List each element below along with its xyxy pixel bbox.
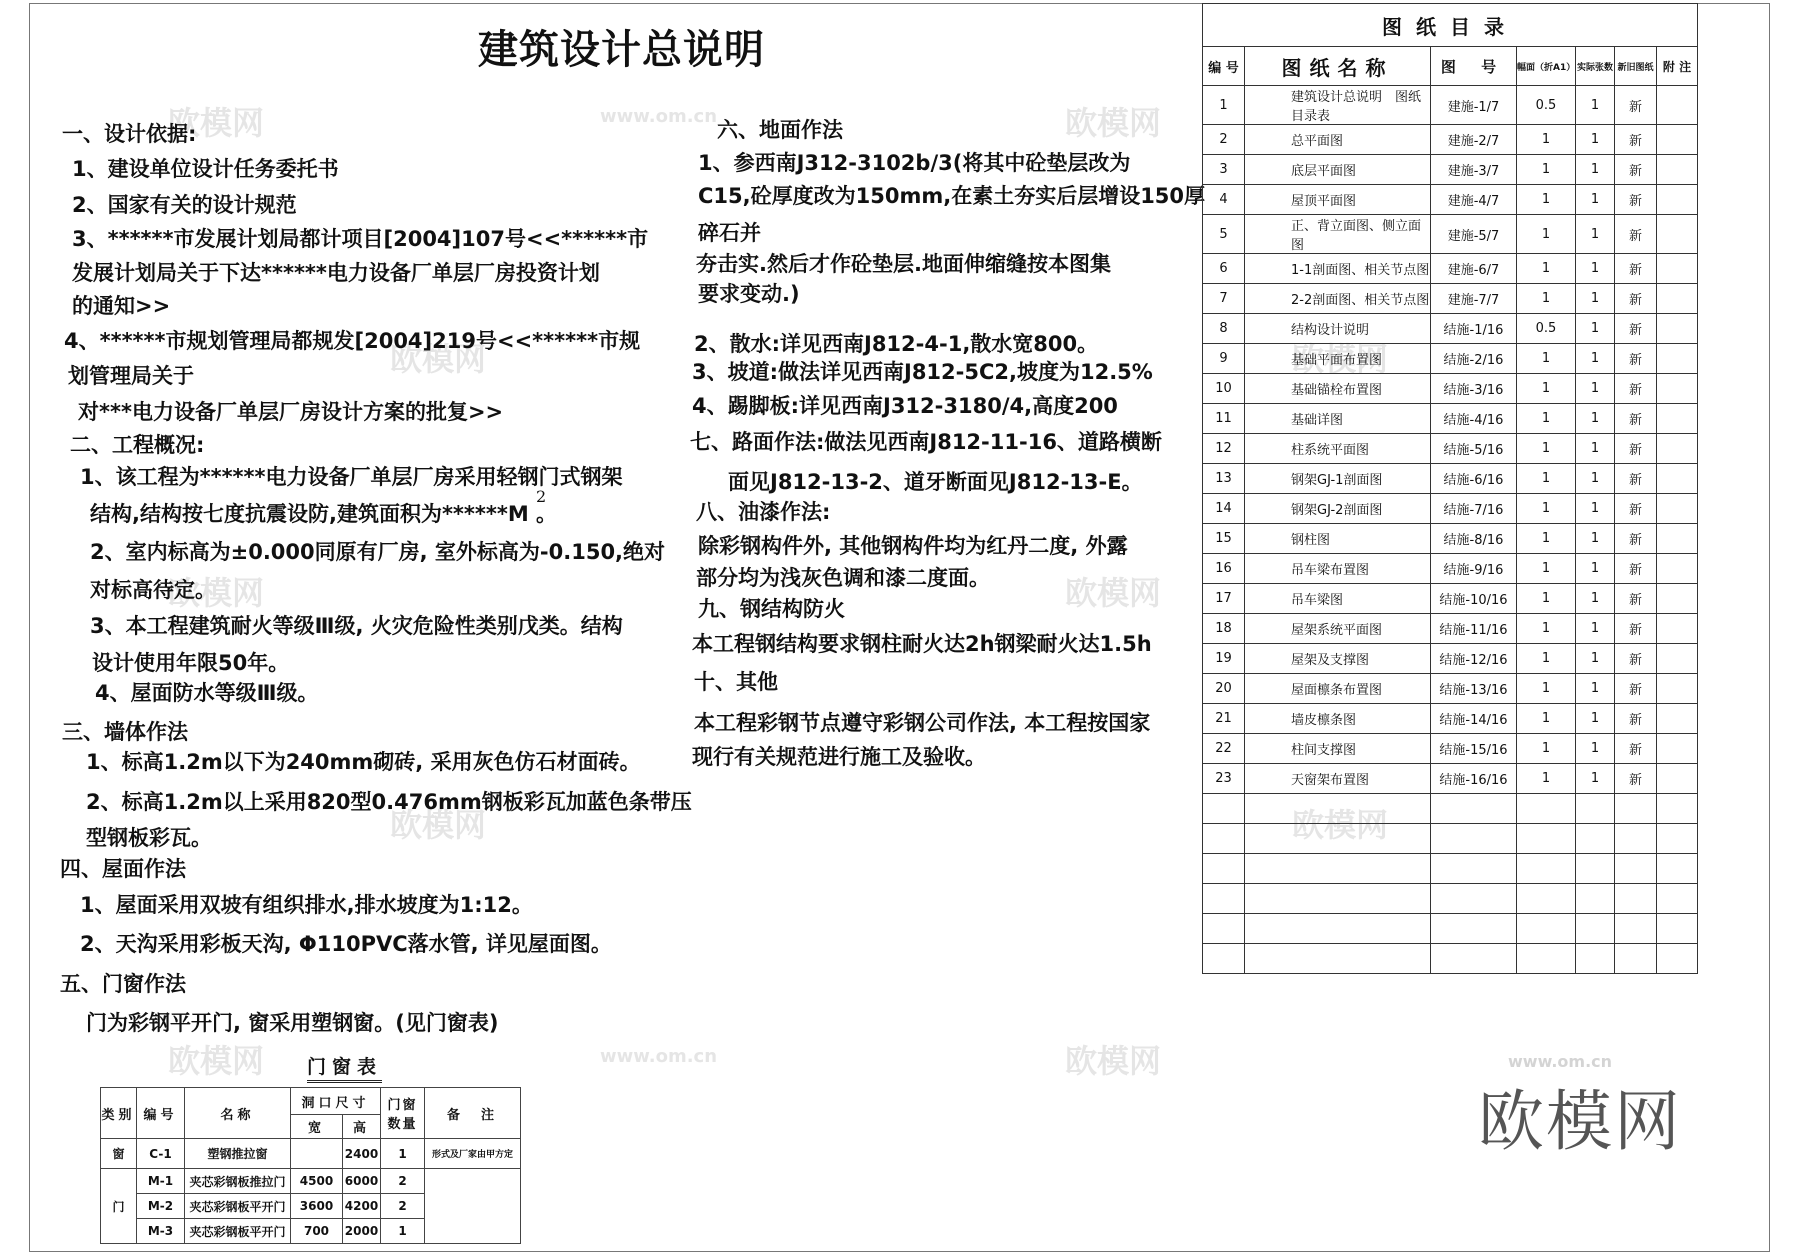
sheet-count-cell: 1 (1576, 464, 1615, 494)
table-row: 门 M-1 夹芯彩钢板推拉门 4500 6000 2 (101, 1169, 521, 1194)
number-cell: 6 (1203, 254, 1245, 284)
new-old-cell: 新 (1615, 554, 1657, 584)
sheet-size-cell: 1 (1517, 215, 1576, 254)
new-old-cell: 新 (1615, 524, 1657, 554)
sheet-size-cell: 1 (1517, 584, 1576, 614)
drawing-name-cell (1245, 794, 1431, 824)
drawing-name-cell: 钢架GJ-2剖面图 (1245, 494, 1431, 524)
section-item: 要求变动.) (698, 282, 800, 307)
drawing-name-cell: 柱系统平面图 (1245, 434, 1431, 464)
header-sheet-count: 实际张数 (1576, 47, 1615, 86)
table-row: 15钢柱图结施-8/1611新 (1203, 524, 1698, 554)
sheet-size-cell (1517, 944, 1576, 974)
header-height: 高 (343, 1115, 381, 1139)
remark-cell (1657, 404, 1698, 434)
qty-cell: 1 (381, 1139, 425, 1169)
new-old-cell: 新 (1615, 125, 1657, 155)
table-row: 5正、背立面图、侧立面图建施-5/711新 (1203, 215, 1698, 254)
sheet-count-cell (1576, 884, 1615, 914)
drawing-code-cell: 建施-3/7 (1431, 155, 1517, 185)
drawing-name-cell: 屋面檩条布置图 (1245, 674, 1431, 704)
door-window-table: 类别 编号 名称 洞口尺寸 门窗数量 备 注 宽 高 窗 C-1 塑钢推拉窗 2… (100, 1087, 521, 1244)
sheet-count-cell: 1 (1576, 374, 1615, 404)
width-cell: 4500 (291, 1169, 343, 1194)
drawing-name-cell (1245, 854, 1431, 884)
header-drawing-name: 图纸名称 (1245, 47, 1431, 86)
section-item: 对标高待定。 (90, 578, 216, 603)
section-item: 4、踢脚板:详见西南J312-3180/4,高度200 (692, 394, 1118, 419)
sheet-size-cell: 1 (1517, 155, 1576, 185)
sheet-count-cell: 1 (1576, 494, 1615, 524)
new-old-cell: 新 (1615, 215, 1657, 254)
drawing-name-cell: 天窗架布置图 (1245, 764, 1431, 794)
sheet-count-cell: 1 (1576, 704, 1615, 734)
name-cell: 夹芯彩钢板平开门 (185, 1219, 291, 1244)
sheet-size-cell (1517, 854, 1576, 884)
remark-cell (1657, 584, 1698, 614)
table-row: 16吊车梁布置图结施-9/1611新 (1203, 554, 1698, 584)
drawing-code-cell: 结施-4/16 (1431, 404, 1517, 434)
table-row (1203, 824, 1698, 854)
table-row (1203, 884, 1698, 914)
remark-cell (1657, 464, 1698, 494)
drawing-name-cell: 钢架GJ-1剖面图 (1245, 464, 1431, 494)
sheet-size-cell: 1 (1517, 494, 1576, 524)
sheet-count-cell (1576, 944, 1615, 974)
drawing-code-cell: 建施-1/7 (1431, 86, 1517, 125)
number-cell: 1 (1203, 86, 1245, 125)
number-cell: 16 (1203, 554, 1245, 584)
number-cell (1203, 824, 1245, 854)
new-old-cell: 新 (1615, 734, 1657, 764)
number-cell: 14 (1203, 494, 1245, 524)
remark-cell (1657, 674, 1698, 704)
code-cell: M-1 (137, 1169, 185, 1194)
remark-cell (1657, 554, 1698, 584)
drawing-code-cell: 结施-3/16 (1431, 374, 1517, 404)
table-row: 18屋架系统平面图结施-11/1611新 (1203, 614, 1698, 644)
number-cell (1203, 794, 1245, 824)
new-old-cell: 新 (1615, 254, 1657, 284)
sheet-size-cell: 1 (1517, 764, 1576, 794)
remark-cell (1657, 125, 1698, 155)
header-quantity: 门窗数量 (381, 1088, 425, 1139)
section-item: 1、参西南J312-3102b/3(将其中砼垫层改为 (698, 151, 1130, 176)
sheet-count-cell: 1 (1576, 284, 1615, 314)
table-row: 72-2剖面图、相关节点图建施-7/711新 (1203, 284, 1698, 314)
remark-cell (1657, 944, 1698, 974)
table-row: 61-1剖面图、相关节点图建施-6/711新 (1203, 254, 1698, 284)
drawing-code-cell: 结施-5/16 (1431, 434, 1517, 464)
sheet-size-cell (1517, 794, 1576, 824)
section-item: 2、室内标高为±0.000同原有厂房, 室外标高为-0.150,绝对 (90, 540, 665, 565)
sheet-count-cell: 1 (1576, 764, 1615, 794)
drawing-code-cell: 结施-1/16 (1431, 314, 1517, 344)
section-heading: 五、门窗作法 (60, 972, 186, 997)
drawing-index-table: 图纸目录 编 号 图纸名称 图 号 幅面（折A1） 实际张数 新旧图纸 附 注 … (1202, 3, 1698, 974)
sheet-count-cell: 1 (1576, 155, 1615, 185)
section-item: 1、标高1.2m以下为240mm砌砖, 采用灰色仿石材面砖。 (86, 750, 641, 775)
sheet-count-cell: 1 (1576, 524, 1615, 554)
number-cell: 7 (1203, 284, 1245, 314)
number-cell: 8 (1203, 314, 1245, 344)
number-cell: 22 (1203, 734, 1245, 764)
number-cell: 19 (1203, 644, 1245, 674)
header-new-old: 新旧图纸 (1615, 47, 1657, 86)
drawing-code-cell (1431, 944, 1517, 974)
sheet-size-cell (1517, 914, 1576, 944)
number-cell: 9 (1203, 344, 1245, 374)
number-cell: 4 (1203, 185, 1245, 215)
new-old-cell: 新 (1615, 584, 1657, 614)
remark-cell (1657, 614, 1698, 644)
drawing-name-cell (1245, 914, 1431, 944)
drawing-code-cell: 建施-7/7 (1431, 284, 1517, 314)
section-heading: 十、其他 (694, 670, 778, 695)
section-item: 结构,结构按七度抗震设防,建筑面积为******M 。 (90, 502, 557, 527)
new-old-cell: 新 (1615, 704, 1657, 734)
sheet-count-cell: 1 (1576, 674, 1615, 704)
drawing-code-cell: 结施-13/16 (1431, 674, 1517, 704)
drawing-name-cell: 吊车梁布置图 (1245, 554, 1431, 584)
name-cell: 塑钢推拉窗 (185, 1139, 291, 1169)
drawing-name-cell: 吊车梁图 (1245, 584, 1431, 614)
number-cell: 20 (1203, 674, 1245, 704)
section-item: 面见J812-13-2、道牙断面见J812-13-E。 (728, 470, 1143, 495)
remark-cell (1657, 254, 1698, 284)
width-cell: 700 (291, 1219, 343, 1244)
table-row (1203, 944, 1698, 974)
new-old-cell: 新 (1615, 284, 1657, 314)
remark-cell (425, 1169, 521, 1244)
height-cell: 6000 (343, 1169, 381, 1194)
section-item: 本工程钢结构要求钢柱耐火达2h钢梁耐火达1.5h (692, 632, 1152, 657)
remark-cell (1657, 524, 1698, 554)
drawing-name-cell: 结构设计说明 (1245, 314, 1431, 344)
remark-cell (1657, 734, 1698, 764)
door-window-table-title: 门窗表 (307, 1052, 382, 1083)
sheet-count-cell (1576, 794, 1615, 824)
drawing-name-cell (1245, 884, 1431, 914)
remark-cell (1657, 884, 1698, 914)
number-cell (1203, 854, 1245, 884)
drawing-code-cell: 建施-6/7 (1431, 254, 1517, 284)
section-item: 1、建设单位设计任务委托书 (72, 157, 339, 182)
number-cell: 21 (1203, 704, 1245, 734)
remark-cell (1657, 374, 1698, 404)
number-cell: 13 (1203, 464, 1245, 494)
section-item: 3、本工程建筑耐火等级Ⅲ级, 火灾危险性类别戊类。结构 (90, 614, 623, 639)
number-cell: 10 (1203, 374, 1245, 404)
drawing-code-cell: 建施-5/7 (1431, 215, 1517, 254)
drawing-name-cell: 总平面图 (1245, 125, 1431, 155)
section-item: 3、坡道:做法详见西南J812-5C2,坡度为12.5% (692, 360, 1153, 385)
section-item: 本工程彩钢节点遵守彩钢公司作法, 本工程按国家 (694, 711, 1150, 736)
drawing-code-cell: 结施-7/16 (1431, 494, 1517, 524)
table-row: 窗 C-1 塑钢推拉窗 2400 1 形式及厂家由甲方定 (101, 1139, 521, 1169)
header-number: 编 号 (1203, 47, 1245, 86)
sheet-count-cell: 1 (1576, 215, 1615, 254)
section-item: 1、屋面采用双坡有组织排水,排水坡度为1:12。 (80, 893, 533, 918)
new-old-cell: 新 (1615, 614, 1657, 644)
table-row: 8结构设计说明结施-1/160.51新 (1203, 314, 1698, 344)
table-row: 14钢架GJ-2剖面图结施-7/1611新 (1203, 494, 1698, 524)
header-opening-size: 洞口尺寸 (291, 1088, 381, 1115)
drawing-code-cell (1431, 854, 1517, 884)
table-row: 9基础平面布置图结施-2/1611新 (1203, 344, 1698, 374)
new-old-cell: 新 (1615, 464, 1657, 494)
table-row: 12柱系统平面图结施-5/1611新 (1203, 434, 1698, 464)
section-item: 2、国家有关的设计规范 (72, 193, 297, 218)
sheet-size-cell: 1 (1517, 404, 1576, 434)
sheet-count-cell: 1 (1576, 404, 1615, 434)
drawing-name-cell: 钢柱图 (1245, 524, 1431, 554)
new-old-cell (1615, 794, 1657, 824)
section-item: 设计使用年限50年。 (92, 651, 289, 676)
table-row: 1建筑设计总说明 图纸目录表建施-1/70.51新 (1203, 86, 1698, 125)
drawing-name-cell: 墙皮檩条图 (1245, 704, 1431, 734)
sheet-size-cell: 1 (1517, 344, 1576, 374)
remark-cell (1657, 644, 1698, 674)
new-old-cell: 新 (1615, 314, 1657, 344)
sheet-size-cell: 1 (1517, 704, 1576, 734)
table-row (1203, 914, 1698, 944)
height-cell: 2000 (343, 1219, 381, 1244)
sheet-size-cell: 1 (1517, 434, 1576, 464)
number-cell (1203, 914, 1245, 944)
drawing-code-cell (1431, 824, 1517, 854)
table-row: 13钢架GJ-1剖面图结施-6/1611新 (1203, 464, 1698, 494)
drawing-code-cell: 结施-15/16 (1431, 734, 1517, 764)
document-title: 建筑设计总说明 (478, 18, 765, 75)
sheet-count-cell: 1 (1576, 314, 1615, 344)
drawing-code-cell: 结施-14/16 (1431, 704, 1517, 734)
section-item: 型钢板彩瓦。 (86, 826, 212, 851)
code-cell: M-3 (137, 1219, 185, 1244)
header-code: 编号 (137, 1088, 185, 1139)
height-cell: 2400 (343, 1139, 381, 1169)
table-row (1203, 794, 1698, 824)
sheet-count-cell: 1 (1576, 734, 1615, 764)
drawing-code-cell (1431, 914, 1517, 944)
new-old-cell: 新 (1615, 155, 1657, 185)
drawing-code-cell: 结施-8/16 (1431, 524, 1517, 554)
sheet-count-cell: 1 (1576, 185, 1615, 215)
sheet-size-cell: 1 (1517, 185, 1576, 215)
drawing-name-cell: 底层平面图 (1245, 155, 1431, 185)
number-cell: 12 (1203, 434, 1245, 464)
new-old-cell: 新 (1615, 86, 1657, 125)
section-item: 现行有关规范进行施工及验收。 (692, 745, 986, 770)
height-cell: 4200 (343, 1194, 381, 1219)
drawing-name-cell: 屋架系统平面图 (1245, 614, 1431, 644)
sheet-count-cell: 1 (1576, 614, 1615, 644)
remark-cell (1657, 824, 1698, 854)
section-item: 除彩钢构件外, 其他钢构件均为红丹二度, 外露 (698, 534, 1128, 559)
sheet-count-cell (1576, 914, 1615, 944)
new-old-cell (1615, 884, 1657, 914)
header-width: 宽 (291, 1115, 343, 1139)
drawing-code-cell: 结施-16/16 (1431, 764, 1517, 794)
number-cell: 18 (1203, 614, 1245, 644)
sheet-size-cell: 1 (1517, 284, 1576, 314)
section-item: 部分均为浅灰色调和漆二度面。 (696, 566, 990, 591)
header-name: 名称 (185, 1088, 291, 1139)
table-row: 23天窗架布置图结施-16/1611新 (1203, 764, 1698, 794)
table-row: 4屋顶平面图建施-4/711新 (1203, 185, 1698, 215)
sheet-count-cell: 1 (1576, 554, 1615, 584)
sheet-size-cell: 1 (1517, 125, 1576, 155)
table-row: 20屋面檩条布置图结施-13/1611新 (1203, 674, 1698, 704)
qty-cell: 1 (381, 1219, 425, 1244)
sheet-size-cell: 1 (1517, 254, 1576, 284)
new-old-cell: 新 (1615, 494, 1657, 524)
number-cell: 23 (1203, 764, 1245, 794)
width-cell (291, 1139, 343, 1169)
sheet-count-cell: 1 (1576, 254, 1615, 284)
number-cell: 2 (1203, 125, 1245, 155)
drawing-name-cell (1245, 824, 1431, 854)
qty-cell: 2 (381, 1194, 425, 1219)
remark-cell (1657, 344, 1698, 374)
section-item: 2、天沟采用彩板天沟, Φ110PVC落水管, 详见屋面图。 (80, 932, 612, 957)
drawing-name-cell: 基础平面布置图 (1245, 344, 1431, 374)
table-row: 21墙皮檩条图结施-14/1611新 (1203, 704, 1698, 734)
section-item: 4、******市规划管理局都规发[2004]219号<<******市规 (64, 329, 640, 354)
table-row: 2总平面图建施-2/711新 (1203, 125, 1698, 155)
header-remark: 备 注 (425, 1088, 521, 1139)
section-heading: 七、路面作法:做法见西南J812-11-16、道路横断 (690, 430, 1162, 455)
number-cell: 17 (1203, 584, 1245, 614)
code-cell: M-2 (137, 1194, 185, 1219)
section-item: 门为彩钢平开门, 窗采用塑钢窗。(见门窗表) (86, 1011, 498, 1036)
new-old-cell: 新 (1615, 185, 1657, 215)
drawing-name-cell (1245, 944, 1431, 974)
drawing-name-cell: 基础详图 (1245, 404, 1431, 434)
number-cell (1203, 884, 1245, 914)
section-item: C15,砼厚度改为150mm,在素土夯实后层增设150厚 (698, 184, 1205, 209)
new-old-cell (1615, 944, 1657, 974)
sheet-count-cell (1576, 824, 1615, 854)
drawing-name-cell: 基础锚栓布置图 (1245, 374, 1431, 404)
drawing-code-cell: 结施-11/16 (1431, 614, 1517, 644)
drawing-code-cell (1431, 884, 1517, 914)
drawing-code-cell: 建施-4/7 (1431, 185, 1517, 215)
remark-cell (1657, 914, 1698, 944)
drawing-code-cell: 结施-12/16 (1431, 644, 1517, 674)
section-item: 4、屋面防水等级Ⅲ级。 (95, 681, 318, 706)
drawing-code-cell: 结施-10/16 (1431, 584, 1517, 614)
sheet-size-cell: 1 (1517, 644, 1576, 674)
remark-cell (1657, 794, 1698, 824)
number-cell: 15 (1203, 524, 1245, 554)
remark-cell (1657, 434, 1698, 464)
drawing-name-cell: 正、背立面图、侧立面图 (1245, 215, 1431, 254)
section-heading: 四、屋面作法 (60, 857, 186, 882)
section-heading: 二、工程概况: (70, 433, 204, 458)
name-cell: 夹芯彩钢板平开门 (185, 1194, 291, 1219)
section-item: 划管理局关于 (68, 364, 194, 389)
section-item: 2、标高1.2m以上采用820型0.476mm钢板彩瓦加蓝色条带压 (86, 790, 692, 815)
number-cell: 3 (1203, 155, 1245, 185)
section-item: 的通知>> (72, 294, 170, 319)
number-cell (1203, 944, 1245, 974)
table-row: 10基础锚栓布置图结施-3/1611新 (1203, 374, 1698, 404)
table-row: 22柱间支撑图结施-15/1611新 (1203, 734, 1698, 764)
drawing-name-cell: 2-2剖面图、相关节点图 (1245, 284, 1431, 314)
header-remark: 附 注 (1657, 47, 1698, 86)
table-row (1203, 854, 1698, 884)
header-category: 类别 (101, 1088, 137, 1139)
sheet-size-cell: 0.5 (1517, 86, 1576, 125)
section-item: 2、散水:详见西南J812-4-1,散水宽800。 (694, 332, 1098, 357)
number-cell: 11 (1203, 404, 1245, 434)
remark-cell (1657, 854, 1698, 884)
section-heading: 三、墙体作法 (62, 720, 188, 745)
sheet-size-cell (1517, 884, 1576, 914)
sheet-size-cell: 1 (1517, 374, 1576, 404)
new-old-cell (1615, 914, 1657, 944)
remark-cell (1657, 284, 1698, 314)
drawing-code-cell: 结施-6/16 (1431, 464, 1517, 494)
table-row: 11基础详图结施-4/1611新 (1203, 404, 1698, 434)
section-item: 碎石并 (698, 221, 761, 246)
width-cell: 3600 (291, 1194, 343, 1219)
section-heading: 九、钢结构防火 (698, 597, 845, 622)
new-old-cell (1615, 854, 1657, 884)
code-cell: C-1 (137, 1139, 185, 1169)
table-row: 17吊车梁图结施-10/1611新 (1203, 584, 1698, 614)
sheet-count-cell: 1 (1576, 125, 1615, 155)
sheet-count-cell: 1 (1576, 434, 1615, 464)
remark-cell: 形式及厂家由甲方定 (425, 1139, 521, 1169)
sheet-size-cell: 1 (1517, 554, 1576, 584)
section-item: 夯击实.然后才作砼垫层.地面伸缩缝按本图集 (696, 252, 1111, 277)
qty-cell: 2 (381, 1169, 425, 1194)
drawing-code-cell (1431, 794, 1517, 824)
number-cell: 5 (1203, 215, 1245, 254)
section-heading: 八、油漆作法: (696, 500, 830, 525)
header-sheet-size: 幅面（折A1） (1517, 47, 1576, 86)
sheet-count-cell: 1 (1576, 344, 1615, 374)
sheet-count-cell (1576, 854, 1615, 884)
new-old-cell: 新 (1615, 764, 1657, 794)
name-cell: 夹芯彩钢板推拉门 (185, 1169, 291, 1194)
section-heading: 六、地面作法 (717, 118, 843, 143)
drawing-code-cell: 建施-2/7 (1431, 125, 1517, 155)
new-old-cell (1615, 824, 1657, 854)
remark-cell (1657, 215, 1698, 254)
remark-cell (1657, 704, 1698, 734)
sheet-size-cell: 1 (1517, 524, 1576, 554)
drawing-index-title: 图纸目录 (1203, 4, 1698, 47)
new-old-cell: 新 (1615, 674, 1657, 704)
sheet-size-cell: 1 (1517, 734, 1576, 764)
sheet-size-cell: 0.5 (1517, 314, 1576, 344)
remark-cell (1657, 494, 1698, 524)
drawing-name-cell: 1-1剖面图、相关节点图 (1245, 254, 1431, 284)
category-cell: 窗 (101, 1139, 137, 1169)
section-item: 3、******市发展计划局都计项目[2004]107号<<******市 (72, 227, 648, 252)
section-heading: 一、设计依据: (62, 122, 196, 147)
drawing-name-cell: 屋顶平面图 (1245, 185, 1431, 215)
remark-cell (1657, 185, 1698, 215)
section-item: 发展计划局关于下达******电力设备厂单层厂房投资计划 (72, 261, 600, 286)
new-old-cell: 新 (1615, 374, 1657, 404)
sheet-size-cell: 1 (1517, 614, 1576, 644)
sheet-size-cell: 1 (1517, 674, 1576, 704)
section-item: 对***电力设备厂单层厂房设计方案的批复>> (78, 400, 503, 425)
